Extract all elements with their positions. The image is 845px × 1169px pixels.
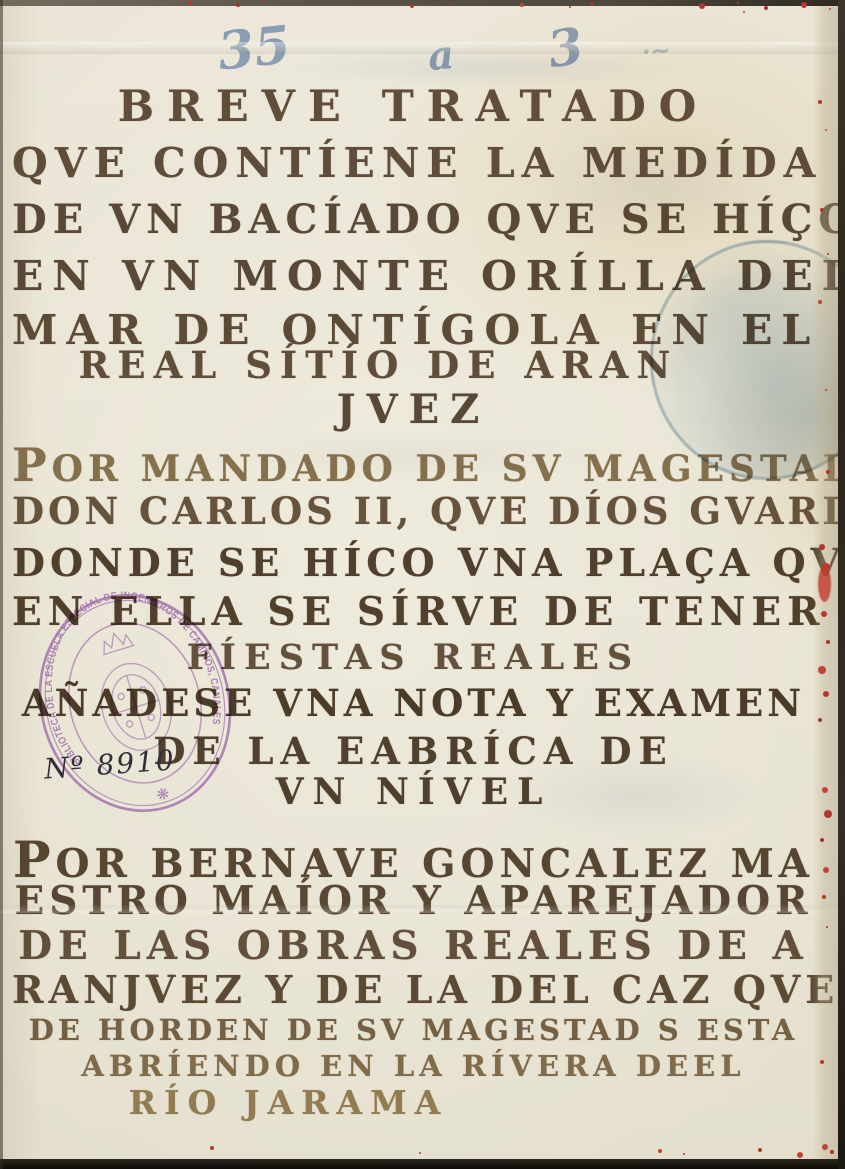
stamp-ornament-icon: ❋ [154, 784, 172, 805]
manuscript-page: 35 a 3 ·~ BREVE TRATADO QVE CONTÍENE LA … [0, 0, 845, 1169]
manuscript-line: DE HORDEN DE SV MAGESTAD S ESTA [12, 1013, 815, 1047]
manuscript-line: DE LAS OBRAS REALES DE A [12, 923, 815, 969]
shelfmark-letter: a [426, 31, 456, 80]
manuscript-line: BREVE TRATADO [12, 82, 815, 132]
red-edge-blob [818, 566, 831, 602]
manuscript-line: DE VN BACÍADO QVE SE HÍÇO [12, 196, 815, 243]
manuscript-line: RANJVEZ Y DE LA DEL CAZ QVE [12, 967, 815, 1012]
red-edge-speckles [210, 1146, 214, 1150]
manuscript-line: ABRÍENDO EN LA RÍVERA DEEL [12, 1049, 815, 1083]
manuscript-line: DON CARLOS II, QVE DÍOS GVARDE [12, 489, 815, 533]
paper-crease [0, 42, 845, 54]
scan-edge-left [0, 0, 3, 1169]
manuscript-line: DONDE SE HÍCO VNA PLAÇA QVE [12, 540, 815, 585]
manuscript-line: ESTRO MAÍOR Y APAREJADOR [12, 878, 815, 924]
coat-of-arms-icon [81, 623, 181, 759]
paper-crease [0, 905, 845, 913]
manuscript-line: QVE CONTÍENE LA MEDÍDA [12, 139, 815, 187]
scan-edge-top [0, 0, 845, 6]
red-edge-speckles [818, 100, 822, 104]
scan-edge-right [838, 0, 845, 1169]
red-edge-speckles [188, 1, 192, 5]
scan-edge-bottom [0, 1159, 845, 1169]
manuscript-line: RÍO JARAMA [12, 1083, 815, 1122]
